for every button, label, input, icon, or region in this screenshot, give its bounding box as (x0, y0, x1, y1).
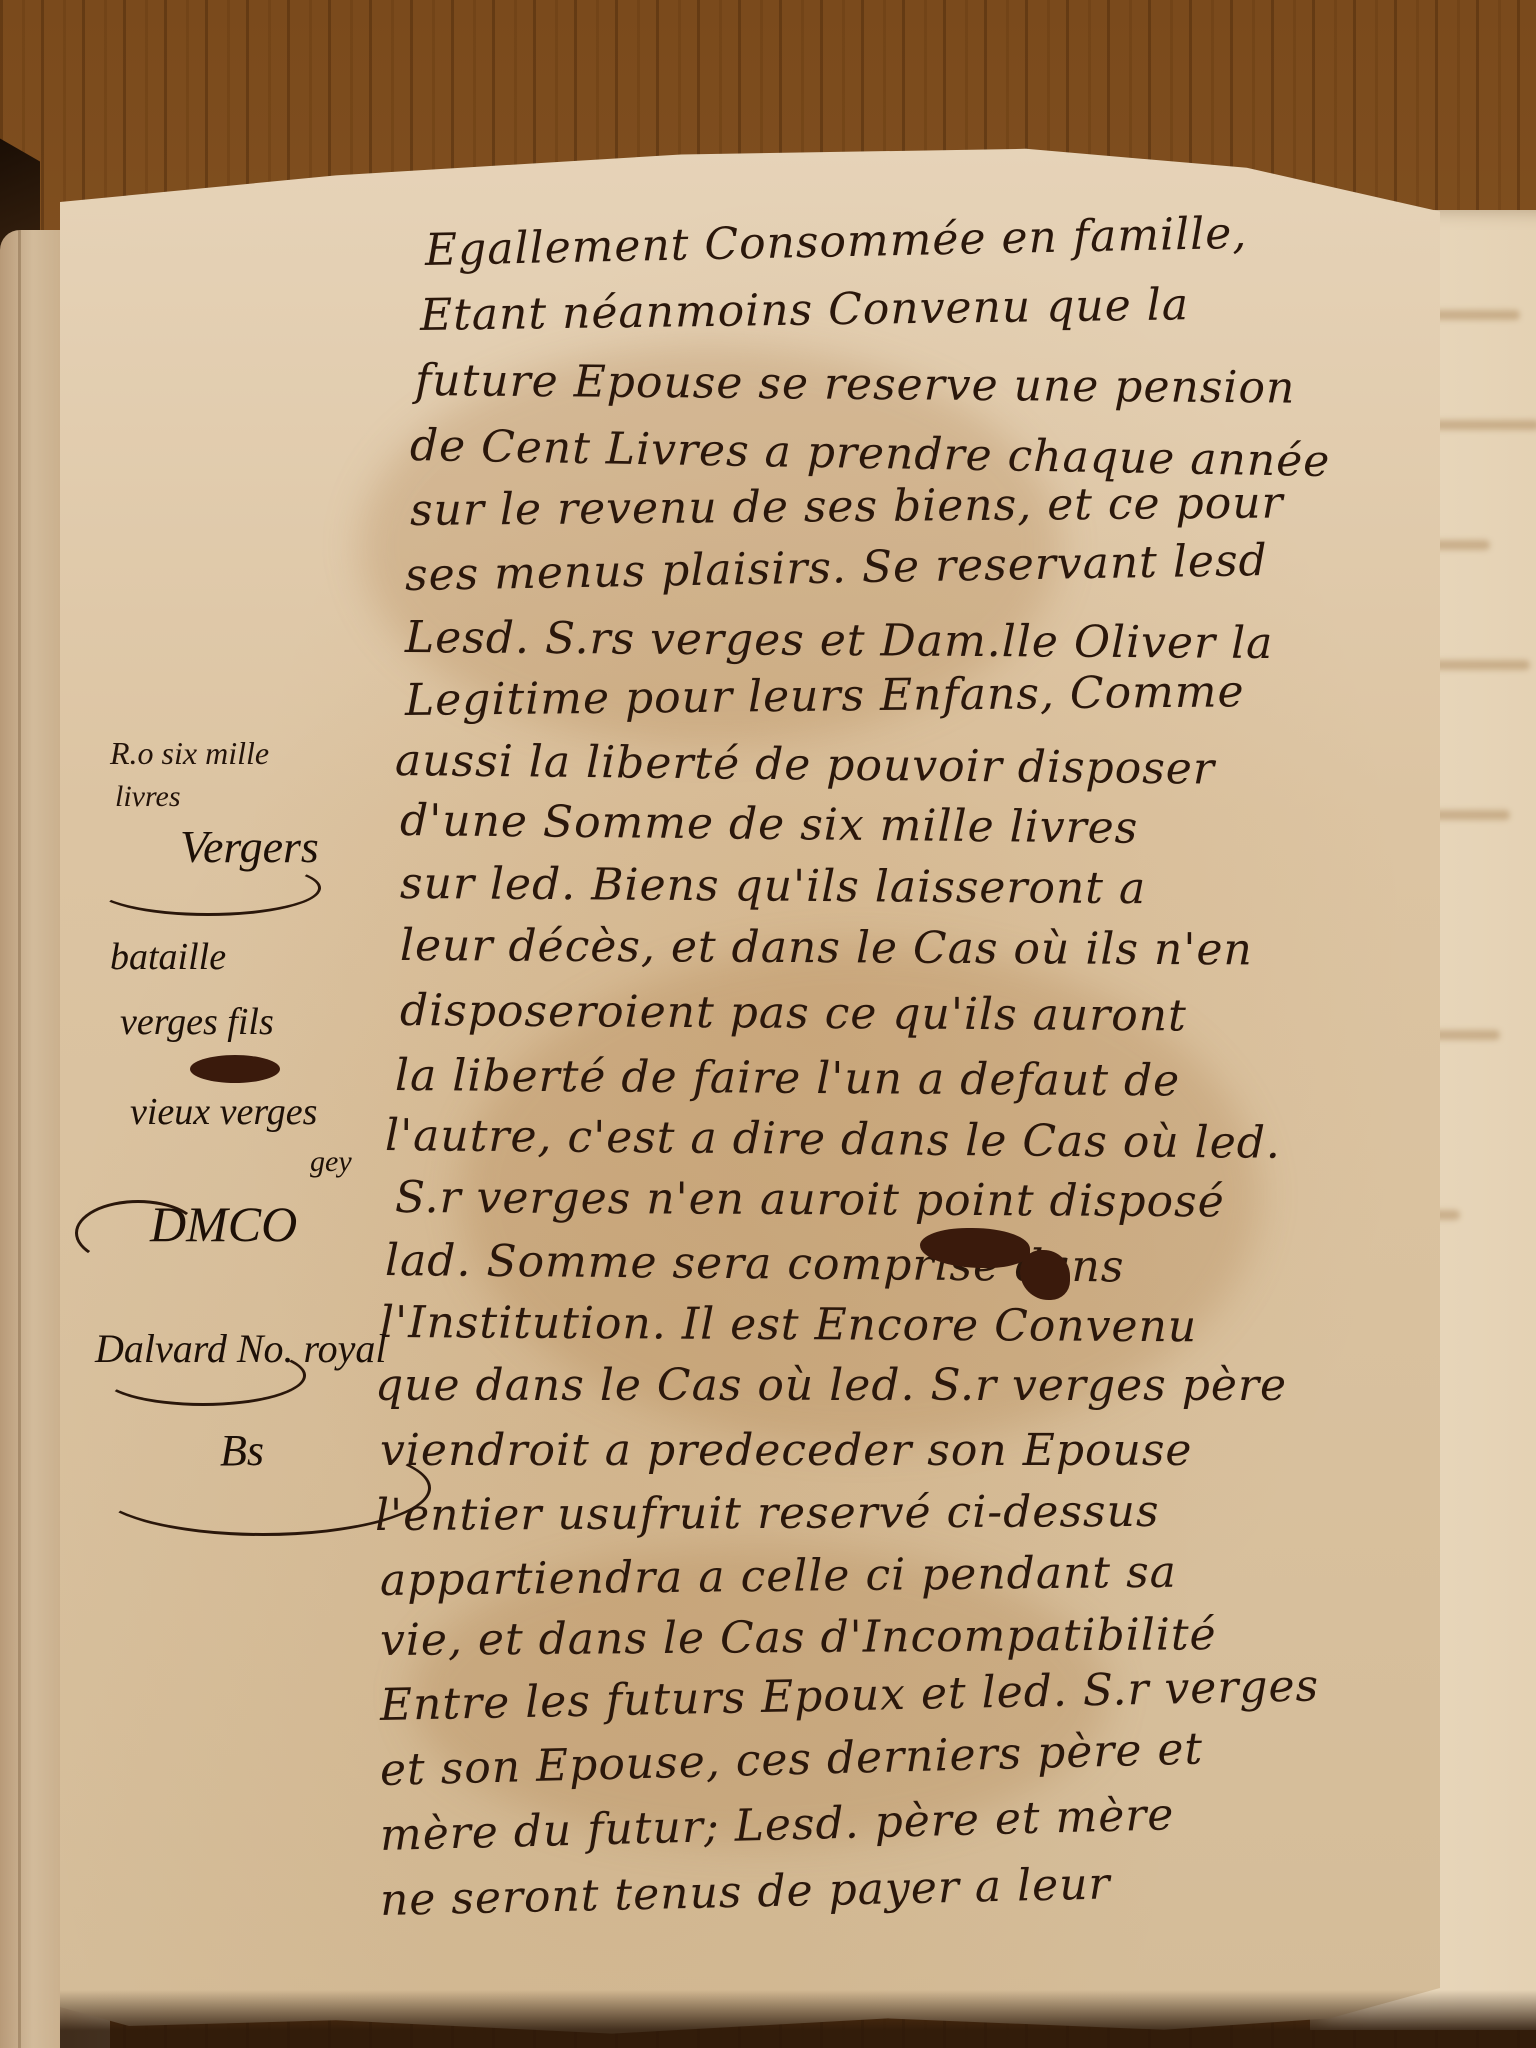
text-line: l'autre, c'est a dire dans le Cas où led… (385, 1110, 1281, 1169)
text-line: Etant néanmoins Convenu que la (420, 279, 1190, 341)
text-line: l'Institution. Il est Encore Convenu (380, 1297, 1198, 1352)
signature-flourish (95, 860, 321, 916)
text-line: sur le revenu de ses biens, et ce pour (410, 477, 1284, 536)
text-line: la liberté de faire l'un a defaut de (395, 1050, 1181, 1106)
signature-flourish (100, 1345, 306, 1406)
text-line: disposeroient pas ce qu'ils auront (400, 985, 1187, 1041)
text-line: Lesd. S.rs verges et Dam.lle Oliver la (405, 612, 1274, 669)
text-line: Legitime pour leurs Enfans, Comme (405, 666, 1245, 726)
text-line: vie, et dans le Cas d'Incompatibilité (380, 1609, 1217, 1666)
text-line: viendroit a predeceder son Epouse (380, 1425, 1192, 1476)
text-line: sur led. Biens qu'ils laisseront a (400, 858, 1147, 914)
text-line: l'entier usufruit reservé ci-dessus (375, 1486, 1160, 1541)
signature-gey: gey (310, 1145, 352, 1179)
signature-verges-fils: verges fils (120, 1000, 274, 1044)
signature-flourish (75, 1200, 201, 1266)
text-line: aussi la liberté de pouvoir disposer (395, 735, 1215, 795)
approval-note: R.o six mille (110, 735, 269, 772)
signature-bataille: bataille (110, 935, 226, 979)
ink-blot (190, 1055, 280, 1083)
text-line: S.r verges n'en auroit point disposé (395, 1172, 1225, 1227)
text-line: que dans le Cas où led. S.r verges père (375, 1360, 1287, 1411)
page-bottom-edge (60, 1990, 1536, 2048)
text-line: future Epouse se reserve une pension (415, 355, 1296, 414)
text-line: leur décès, et dans le Cas où ils n'en (400, 920, 1253, 975)
text-line: appartiendra a celle ci pendant sa (380, 1547, 1177, 1606)
text-line: d'une Somme de six mille livres (400, 795, 1139, 854)
approval-note: livres (115, 780, 181, 814)
signature-vieux-verges: vieux verges (130, 1090, 317, 1134)
signature-flourish (95, 1440, 431, 1536)
